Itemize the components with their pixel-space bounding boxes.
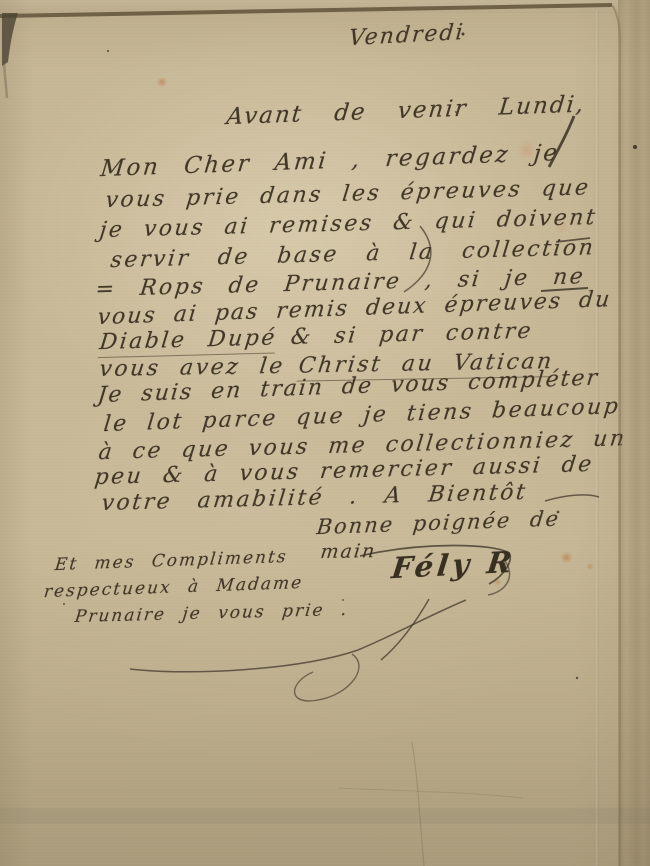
ink-speck	[63, 603, 65, 605]
corner-smudge-tail	[4, 64, 7, 98]
postscript-line: respectueux à Madame	[43, 573, 304, 602]
body-line: Mon Cher Ami , regardez je	[99, 140, 561, 182]
letter-photograph: Vendredi Avant de venir Lundi, Mon Cher …	[0, 0, 650, 866]
foxing-spot	[560, 552, 573, 563]
foxing-spot	[586, 563, 594, 570]
heading-line: Avant de venir Lundi,	[225, 91, 586, 130]
pen-swash	[545, 495, 599, 501]
dateline: Vendredi	[348, 20, 466, 51]
backing-page-strip	[0, 0, 650, 13]
body-line-rest: & si par contre	[289, 319, 534, 350]
paper-crease-band	[0, 808, 650, 824]
closing-line: Bonne poignée de	[315, 507, 561, 540]
ink-speck	[576, 677, 578, 679]
paper-crease	[338, 788, 523, 798]
paraph-cross	[381, 599, 429, 660]
underlined-title-diable-dupe: Diable Dupé	[98, 325, 278, 358]
paper-crease	[412, 742, 424, 866]
corner-smudge	[2, 13, 18, 66]
closing-line: main	[319, 540, 377, 563]
ink-speck	[107, 50, 109, 52]
postscript-line: Et mes Compliments	[54, 547, 289, 575]
postscript-line: Prunaire je vous prie .	[74, 600, 350, 627]
rust-stain	[156, 77, 168, 87]
paraph-loop	[295, 654, 359, 701]
signature: Fély R	[390, 545, 518, 586]
